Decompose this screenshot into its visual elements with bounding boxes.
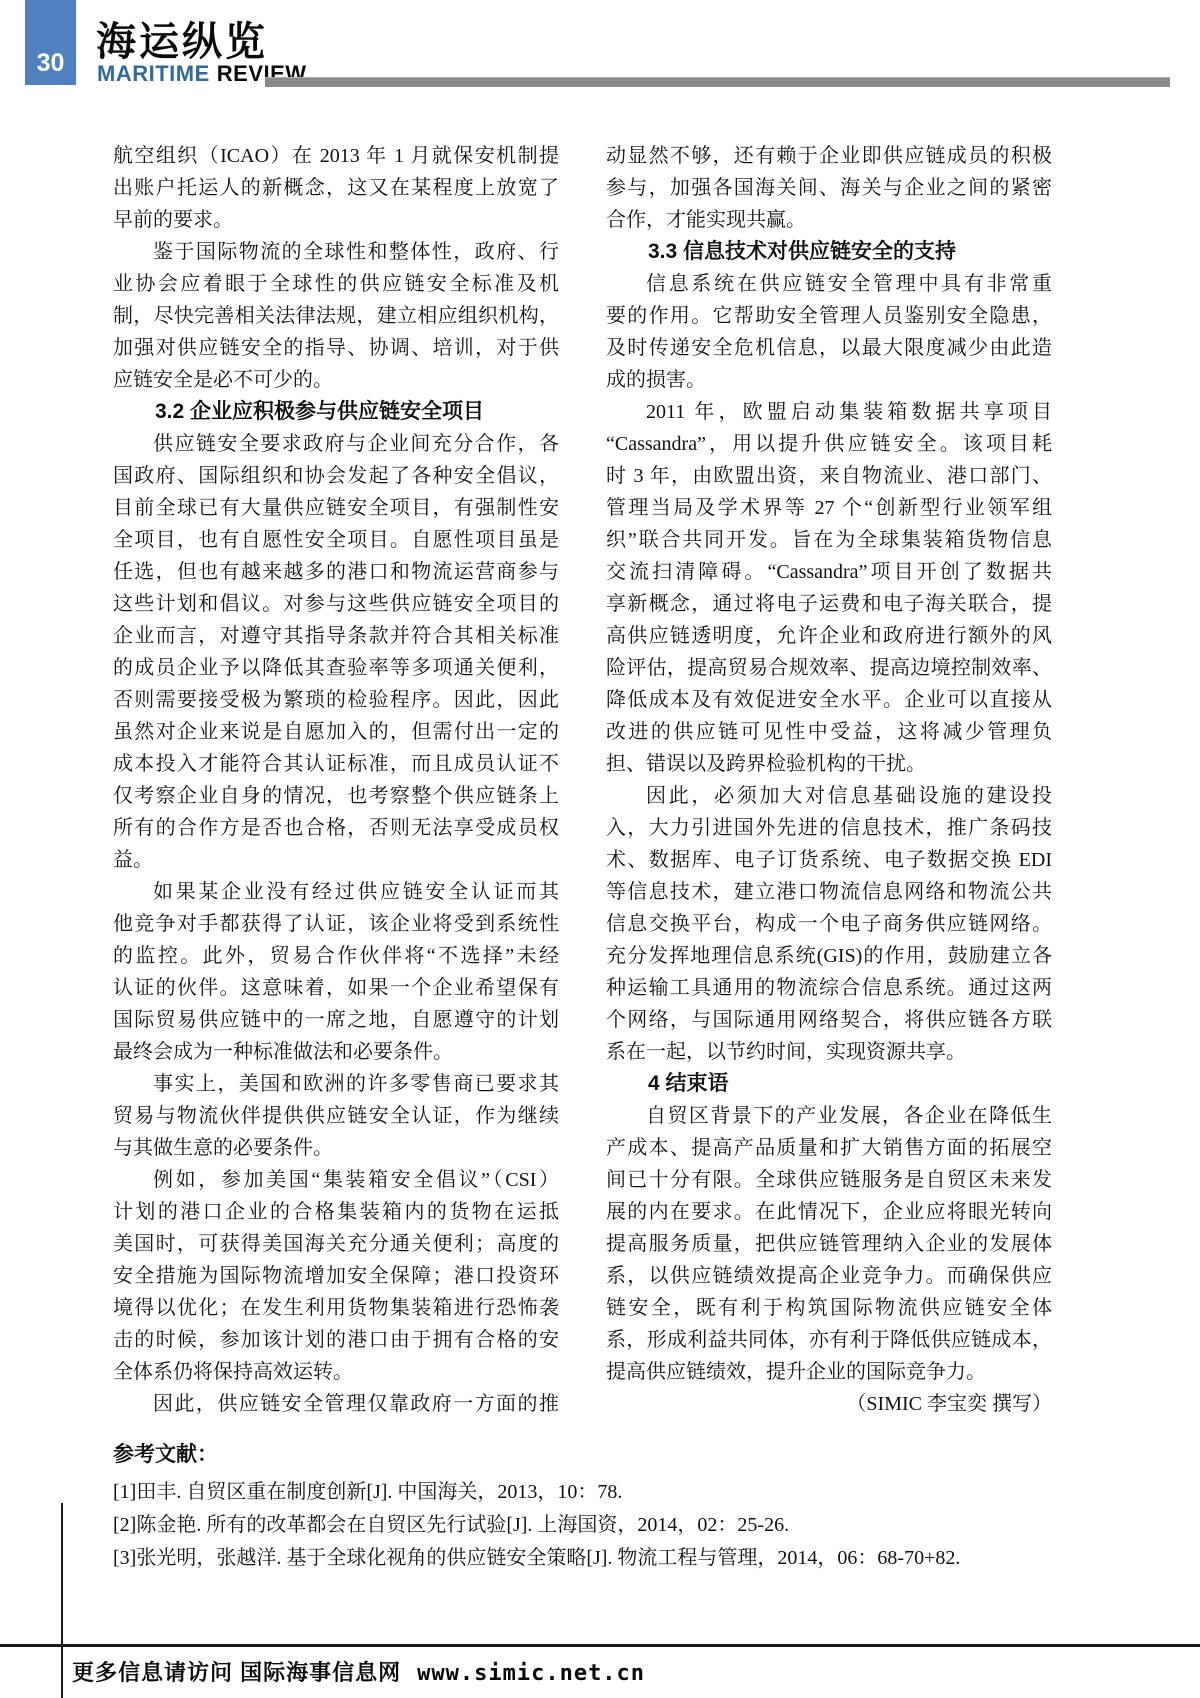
text-line: 与其做生意的必要条件。 <box>113 1132 559 1164</box>
text-line: 充分发挥地理信息系统(GIS)的作用，鼓励建立各 <box>606 940 1052 972</box>
text-line: 系，以供应链绩效提高企业竞争力。而确保供应 <box>606 1260 1052 1292</box>
text-line: 交流扫清障碍。“Cassandra”项目开创了数据共 <box>606 556 1052 588</box>
text-line: 管理当局及学术界等 27 个“创新型行业领军组 <box>606 492 1052 524</box>
footer-url: www.simic.net.cn <box>417 1661 645 1686</box>
text-line: 担、错误以及跨界检验机构的干扰。 <box>606 748 1052 780</box>
magazine-page: 30 海运纵览 MARITIMEREVIEW 航空组织（ICAO）在 2013 … <box>0 0 1200 1698</box>
text-line: 鉴于国际物流的全球性和整体性，政府、行 <box>113 236 559 268</box>
text-line: 合作，才能实现共赢。 <box>606 204 1052 236</box>
text-line: 加强对供应链安全的指导、协调、培训，对于供 <box>113 332 559 364</box>
text-line: 最终会成为一种标准做法和必要条件。 <box>113 1036 559 1068</box>
text-line: 企业而言，对遵守其指导条款并符合其相关标准 <box>113 620 559 652</box>
footer: 更多信息请访问 国际海事信息网 www.simic.net.cn <box>72 1656 645 1687</box>
text-line: 提高供应链绩效，提升企业的国际竞争力。 <box>606 1356 1052 1388</box>
text-line: 自贸区背景下的产业发展，各企业在降低生 <box>606 1100 1052 1132</box>
text-line: 动显然不够，还有赖于企业即供应链成员的积极 <box>606 140 1052 172</box>
text-line: 个网络，与国际通用网络契合，将供应链各方联 <box>606 1004 1052 1036</box>
text-line: 贸易与物流伙伴提供供应链安全认证，作为继续 <box>113 1100 559 1132</box>
text-line: 益。 <box>113 844 559 876</box>
text-line: 目前全球已有大量供应链安全项目，有强制性安 <box>113 492 559 524</box>
references-heading: 参考文献： <box>113 1440 1053 1470</box>
article-column-left: 航空组织（ICAO）在 2013 年 1 月就保安机制提出账户托运人的新概念，这… <box>113 140 559 1420</box>
text-line: 2011 年，欧盟启动集装箱数据共享项目 <box>606 396 1052 428</box>
text-line: 术、数据库、电子订货系统、电子数据交换 EDI <box>606 844 1052 876</box>
text-line: 航空组织（ICAO）在 2013 年 1 月就保安机制提 <box>113 140 559 172</box>
text-line: 等信息技术，建立港口物流信息网络和物流公共 <box>606 876 1052 908</box>
left-margin-rule <box>61 1503 63 1698</box>
masthead-title-cn: 海运纵览 <box>96 22 268 62</box>
text-line: 早前的要求。 <box>113 204 559 236</box>
text-line: 全体系仍将保持高效运转。 <box>113 1356 559 1388</box>
footer-note: 更多信息请访问 国际海事信息网 <box>72 1660 401 1685</box>
text-line: 展的内在要求。在此情况下，企业应将眼光转向 <box>606 1196 1052 1228</box>
text-line: 计划的港口企业的合格集装箱内的货物在运抵 <box>113 1196 559 1228</box>
section-heading: 4 结束语 <box>606 1068 1052 1100</box>
text-line: 任选，但也有越来越多的港口和物流运营商参与 <box>113 556 559 588</box>
text-line: 供应链安全要求政府与企业间充分合作，各 <box>113 428 559 460</box>
text-line: 虽然对企业来说是自愿加入的，但需付出一定的 <box>113 716 559 748</box>
text-line: 及时传递安全危机信息，以最大限度减少由此造 <box>606 332 1052 364</box>
text-line: 产成本、提高产品质量和扩大销售方面的拓展空 <box>606 1132 1052 1164</box>
author-byline: （SIMIC 李宝奕 撰写） <box>606 1388 1052 1420</box>
reference-item: [3]张光明，张越洋. 基于全球化视角的供应链安全策略[J]. 物流工程与管理，… <box>113 1542 1053 1575</box>
text-line: 成本投入才能符合其认证标准，而且成员认证不 <box>113 748 559 780</box>
text-line: 如果某企业没有经过供应链安全认证而其 <box>113 876 559 908</box>
text-line: 信息系统在供应链安全管理中具有非常重 <box>606 268 1052 300</box>
text-line: 应链安全是必不可少的。 <box>113 364 559 396</box>
text-line: 入，大力引进国外先进的信息技术，推广条码技 <box>606 812 1052 844</box>
text-line: 的监控。此外，贸易合作伙伴将“不选择”未经 <box>113 940 559 972</box>
text-line: 因此，供应链安全管理仅靠政府一方面的推 <box>113 1388 559 1420</box>
text-line: 成的损害。 <box>606 364 1052 396</box>
text-line: 安全措施为国际物流增加安全保障；港口投资环 <box>113 1260 559 1292</box>
references-section: 参考文献： [1]田丰. 自贸区重在制度创新[J]. 中国海关，2013，10：… <box>113 1440 1053 1575</box>
text-line: 系，形成利益共同体，亦有利于降低供应链成本， <box>606 1324 1052 1356</box>
text-line: 国际贸易供应链中的一席之地，自愿遵守的计划 <box>113 1004 559 1036</box>
text-line: 全项目，也有自愿性安全项目。自愿性项目虽是 <box>113 524 559 556</box>
masthead-en-maritime: MARITIME <box>97 61 210 86</box>
text-line: 改进的供应链可见性中受益，这将减少管理负 <box>606 716 1052 748</box>
text-line: 高供应链透明度，允许企业和政府进行额外的风 <box>606 620 1052 652</box>
section-heading: 3.2 企业应积极参与供应链安全项目 <box>113 396 559 428</box>
text-line: 这些计划和倡议。对参与这些供应链安全项目的 <box>113 588 559 620</box>
text-line: 他竞争对手都获得了认证，该企业将受到系统性 <box>113 908 559 940</box>
text-line: 织”联合共同开发。旨在为全球集装箱货物信息 <box>606 524 1052 556</box>
text-line: 提高服务质量，把供应链管理纳入企业的发展体 <box>606 1228 1052 1260</box>
page-number-badge: 30 <box>25 0 76 85</box>
text-line: 例如，参加美国“集装箱安全倡议”（CSI） <box>113 1164 559 1196</box>
text-line: 间已十分有限。全球供应链服务是自贸区未来发 <box>606 1164 1052 1196</box>
text-line: 仅考察企业自身的情况，也考察整个供应链条上 <box>113 780 559 812</box>
text-line: 认证的伙伴。这意味着，如果一个企业希望保有 <box>113 972 559 1004</box>
header-divider-bar <box>265 77 1170 87</box>
text-line: 的成员企业予以降低其查验率等多项通关便利， <box>113 652 559 684</box>
text-line: 系在一起，以节约时间，实现资源共享。 <box>606 1036 1052 1068</box>
text-line: 国政府、国际组织和协会发起了各种安全倡议， <box>113 460 559 492</box>
text-line: “Cassandra”，用以提升供应链安全。该项目耗 <box>606 428 1052 460</box>
text-line: 美国时，可获得美国海关充分通关便利；高度的 <box>113 1228 559 1260</box>
references-list: [1]田丰. 自贸区重在制度创新[J]. 中国海关，2013，10：78.[2]… <box>113 1476 1053 1575</box>
text-line: 降低成本及有效促进安全水平。企业可以直接从 <box>606 684 1052 716</box>
page-number: 30 <box>37 51 65 76</box>
text-line: 时 3 年，由欧盟出资，来自物流业、港口部门、 <box>606 460 1052 492</box>
text-line: 链安全，既有利于构筑国际物流供应链安全体 <box>606 1292 1052 1324</box>
text-line: 参与，加强各国海关间、海关与企业之间的紧密 <box>606 172 1052 204</box>
reference-item: [2]陈金艳. 所有的改革都会在自贸区先行试验[J]. 上海国资，2014，02… <box>113 1509 1053 1542</box>
text-line: 信息交换平台，构成一个电子商务供应链网络。 <box>606 908 1052 940</box>
text-line: 种运输工具通用的物流综合信息系统。通过这两 <box>606 972 1052 1004</box>
text-line: 境得以优化；在发生利用货物集装箱进行恐怖袭 <box>113 1292 559 1324</box>
reference-item: [1]田丰. 自贸区重在制度创新[J]. 中国海关，2013，10：78. <box>113 1476 1053 1509</box>
text-line: 享新概念，通过将电子运费和电子海关联合，提 <box>606 588 1052 620</box>
section-heading: 3.3 信息技术对供应链安全的支持 <box>606 236 1052 268</box>
text-line: 击的时候，参加该计划的港口由于拥有合格的安 <box>113 1324 559 1356</box>
text-line: 因此，必须加大对信息基础设施的建设投 <box>606 780 1052 812</box>
text-line: 否则需要接受极为繁琐的检验程序。因此，因此 <box>113 684 559 716</box>
text-line: 险评估，提高贸易合规效率、提高边境控制效率、 <box>606 652 1052 684</box>
text-line: 事实上，美国和欧洲的许多零售商已要求其 <box>113 1068 559 1100</box>
text-line: 出账户托运人的新概念，这又在某程度上放宽了 <box>113 172 559 204</box>
text-line: 业协会应着眼于全球性的供应链安全标准及机 <box>113 268 559 300</box>
footer-divider-line <box>0 1644 1200 1647</box>
article-column-right: 动显然不够，还有赖于企业即供应链成员的积极参与，加强各国海关间、海关与企业之间的… <box>606 140 1052 1420</box>
text-line: 所有的合作方是否也合格，否则无法享受成员权 <box>113 812 559 844</box>
text-line: 制，尽快完善相关法律法规，建立相应组织机构， <box>113 300 559 332</box>
text-line: 要的作用。它帮助安全管理人员鉴别安全隐患， <box>606 300 1052 332</box>
